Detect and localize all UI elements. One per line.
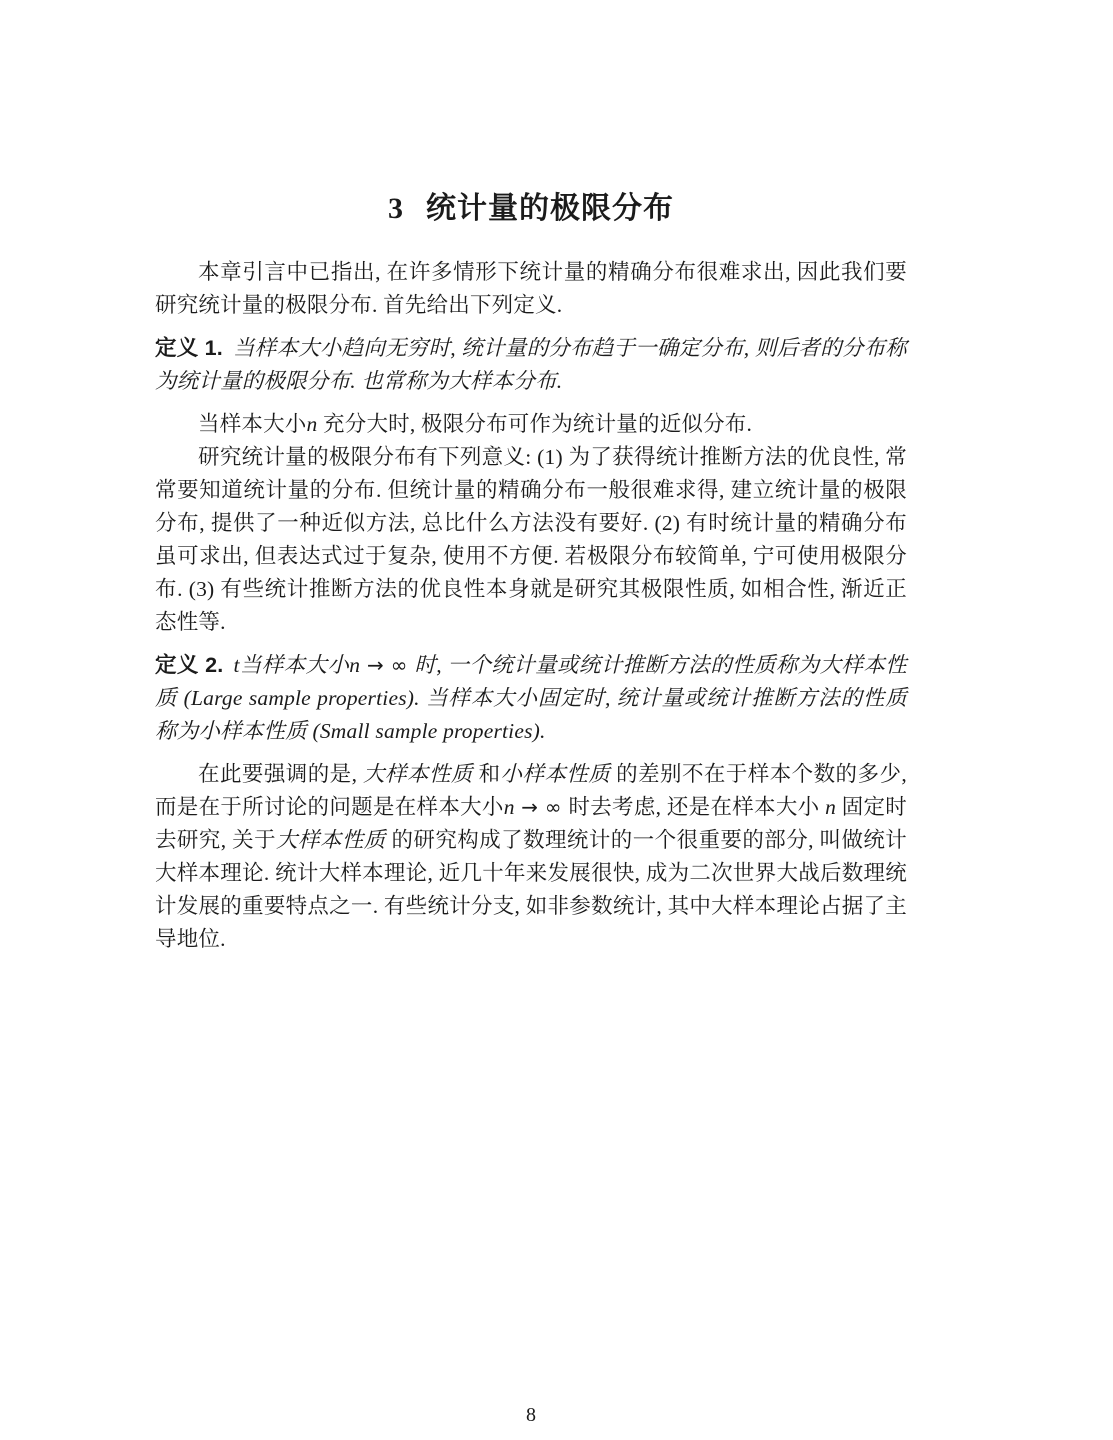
text-segment: 当样本大小趋向无穷时, 统计量的分布趋于一确定分布, 则后者的分布称为统计量的极… [155, 336, 907, 393]
text-segment: n [307, 412, 318, 436]
text-segment: n [504, 795, 515, 819]
text-segment: 大样本性质 [363, 762, 473, 786]
body-paragraph: 研究统计量的极限分布有下列意义: (1) 为了获得统计推断方法的优良性, 常常要… [155, 441, 907, 639]
text-segment: 在此要强调的是, [198, 762, 363, 786]
definition-block: 定义 1.当样本大小趋向无穷时, 统计量的分布趋于一确定分布, 则后者的分布称为… [155, 332, 907, 398]
section-heading: 3统计量的极限分布 [155, 190, 907, 228]
text-segment: (Small sample properties). [312, 719, 545, 743]
document-body: 本章引言中已指出, 在许多情形下统计量的精确分布很难求出, 因此我们要研究统计量… [155, 256, 907, 956]
text-segment: 和 [473, 762, 501, 786]
text-segment: 小样本性质 [501, 762, 611, 786]
text-segment: (Large sample properties). [184, 686, 420, 710]
text-segment: → ∞ [515, 795, 569, 819]
section-title: 统计量的极限分布 [426, 192, 674, 225]
text-segment: 本章引言中已指出, 在许多情形下统计量的精确分布很难求出, 因此我们要研究统计量… [155, 260, 907, 317]
text-segment: n [349, 653, 360, 677]
text-segment: → ∞ [360, 653, 414, 677]
document-page: 3统计量的极限分布 本章引言中已指出, 在许多情形下统计量的精确分布很难求出, … [0, 0, 1113, 1440]
body-paragraph: 本章引言中已指出, 在许多情形下统计量的精确分布很难求出, 因此我们要研究统计量… [155, 256, 907, 322]
body-paragraph: 在此要强调的是, 大样本性质 和小样本性质 的差别不在于样本个数的多少, 而是在… [155, 758, 907, 956]
text-segment: 研究统计量的极限分布有下列意义: (1) 为了获得统计推断方法的优良性, 常常要… [155, 445, 907, 634]
definition-label: 定义 2. [155, 653, 223, 677]
section-number: 3 [388, 192, 404, 225]
text-segment: 充分大时, 极限分布可作为统计量的近似分布. [317, 412, 752, 436]
text-segment: 当样本大小 [198, 412, 307, 436]
page-number: 8 [155, 1402, 907, 1428]
text-segment: 大样本性质 [276, 828, 386, 852]
text-segment: 时去考虑, 还是在样本大小 [568, 795, 825, 819]
text-segment: n [825, 795, 836, 819]
body-paragraph: 当样本大小n 充分大时, 极限分布可作为统计量的近似分布. [155, 408, 907, 441]
definition-block: 定义 2.t当样本大小n → ∞ 时, 一个统计量或统计推断方法的性质称为大样本… [155, 649, 907, 748]
document-content: 3统计量的极限分布 本章引言中已指出, 在许多情形下统计量的精确分布很难求出, … [155, 190, 907, 956]
definition-label: 定义 1. [155, 336, 223, 360]
text-segment: 当样本大小 [240, 653, 350, 677]
